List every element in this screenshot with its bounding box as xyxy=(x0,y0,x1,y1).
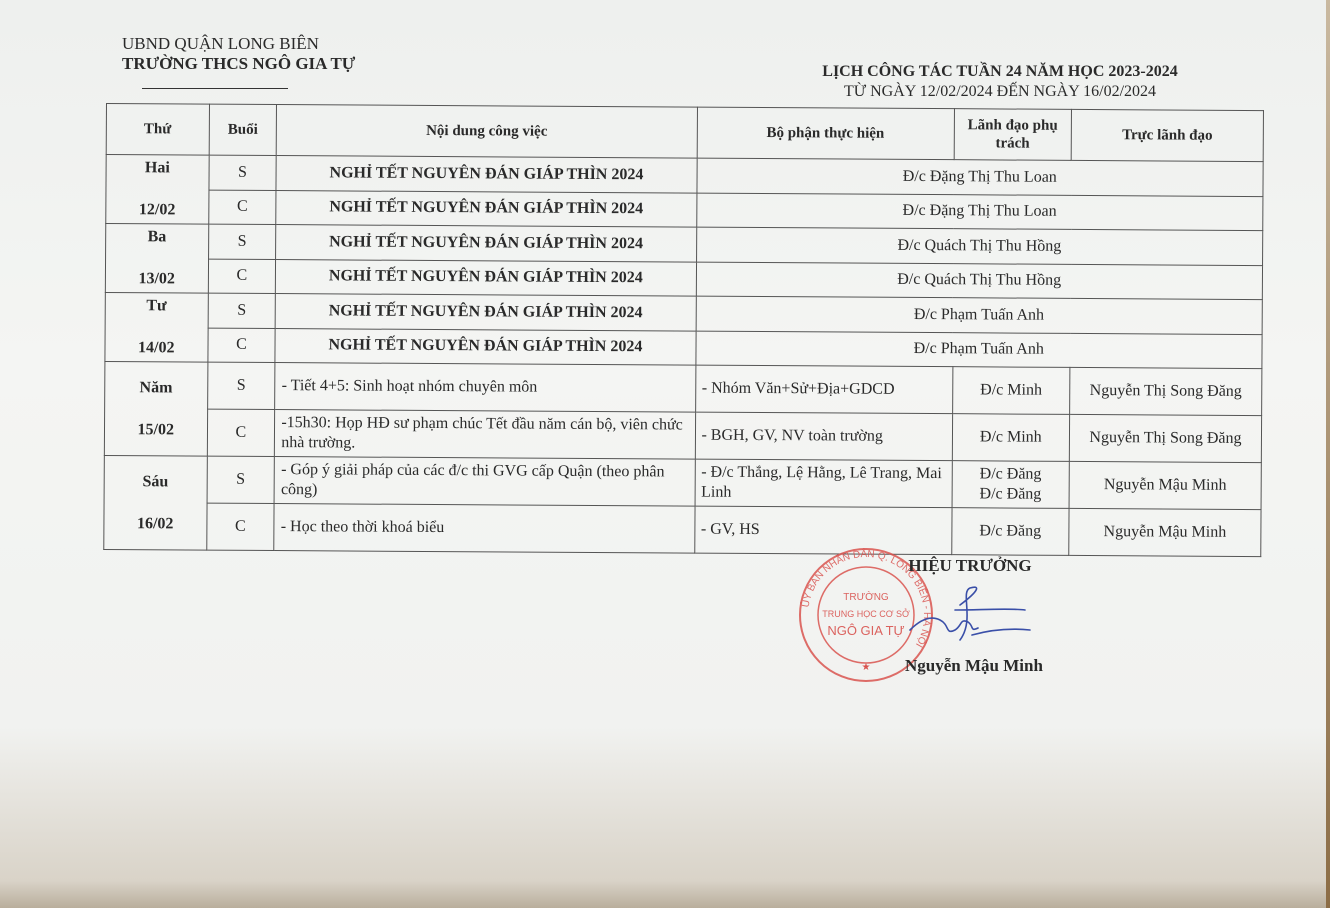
task-cell: - Góp ý giải pháp của các đ/c thi GVG cấ… xyxy=(274,457,694,507)
task-cell: NGHỈ TẾT NGUYÊN ĐÁN GIÁP THÌN 2024 xyxy=(275,328,695,365)
leader-cell: Đ/c Minh xyxy=(952,414,1070,462)
svg-text:★: ★ xyxy=(862,662,871,673)
leader-cell: Đ/c Minh xyxy=(952,367,1070,415)
session-cell: S xyxy=(207,456,275,503)
task-cell: NGHỈ TẾT NGUYÊN ĐÁN GIÁP THÌN 2024 xyxy=(275,294,695,331)
date-label: 16/02 xyxy=(137,515,174,532)
task-cell: - Học theo thời khoá biểu xyxy=(274,504,694,554)
date-label: 15/02 xyxy=(138,421,175,438)
table-row: C-15h30: Họp HĐ sư phạm chúc Tết đầu năm… xyxy=(104,408,1261,462)
date-range: TỪ NGÀY 12/02/2024 ĐẾN NGÀY 16/02/2024 xyxy=(800,82,1200,102)
duty-leader-cell: Nguyễn Mậu Minh xyxy=(1069,461,1261,509)
document-title-block: LỊCH CÔNG TÁC TUẦN 24 NĂM HỌC 2023-2024 … xyxy=(800,62,1200,102)
session-cell: C xyxy=(207,409,275,456)
task-cell: NGHỈ TẾT NGUYÊN ĐÁN GIÁP THÌN 2024 xyxy=(276,156,696,193)
session-cell: C xyxy=(208,259,276,294)
svg-text:NGÔ GIA TỰ: NGÔ GIA TỰ xyxy=(827,623,904,638)
session-cell: C xyxy=(208,190,276,225)
task-cell: -15h30: Họp HĐ sư phạm chúc Tết đầu năm … xyxy=(275,410,695,460)
task-cell: NGHỈ TẾT NGUYÊN ĐÁN GIÁP THÌN 2024 xyxy=(276,259,696,296)
date-label: 14/02 xyxy=(138,339,175,356)
signatory-name: Nguyễn Mậu Minh xyxy=(905,656,1043,676)
duty-officer-cell: Đ/c Phạm Tuấn Anh xyxy=(696,296,1263,334)
table-row: Năm15/02S- Tiết 4+5: Sinh hoạt nhóm chuy… xyxy=(105,361,1262,415)
task-cell: NGHỈ TẾT NGUYÊN ĐÁN GIÁP THÌN 2024 xyxy=(276,190,696,227)
schedule-body: Hai12/02SNGHỈ TẾT NGUYÊN ĐÁN GIÁP THÌN 2… xyxy=(104,155,1263,557)
date-label: 12/02 xyxy=(139,201,176,218)
signatory-title: HIỆU TRƯỞNG xyxy=(880,556,1060,576)
duty-officer-cell: Đ/c Quách Thị Thu Hồng xyxy=(696,262,1263,300)
issuer-header: UBND QUẬN LONG BIÊN TRƯỜNG THCS NGÔ GIA … xyxy=(122,34,355,89)
department-cell: - Đ/c Thắng, Lệ Hằng, Lê Trang, Mai Linh xyxy=(695,459,952,508)
duty-officer-cell: Đ/c Quách Thị Thu Hồng xyxy=(696,227,1263,265)
table-row: Sáu16/02S- Góp ý giải pháp của các đ/c t… xyxy=(104,455,1261,509)
weekday-label: Hai xyxy=(112,158,202,201)
col-header-department: Bộ phận thực hiện xyxy=(697,107,954,160)
session-cell: C xyxy=(206,503,274,550)
svg-text:TRƯỜNG: TRƯỜNG xyxy=(843,590,889,603)
weekday-label: Sáu xyxy=(110,472,200,515)
session-cell: S xyxy=(209,155,277,190)
task-cell: - Tiết 4+5: Sinh hoạt nhóm chuyên môn xyxy=(275,363,695,413)
duty-leader-cell: Nguyễn Thị Song Đăng xyxy=(1069,414,1261,462)
leader-cell: Đ/c Đăng xyxy=(951,508,1069,556)
weekday-label: Năm xyxy=(111,378,201,421)
school-name: TRƯỜNG THCS NGÔ GIA TỰ xyxy=(122,54,355,74)
col-header-duty-leader: Trực lãnh đạo xyxy=(1071,109,1263,161)
task-cell: NGHỈ TẾT NGUYÊN ĐÁN GIÁP THÌN 2024 xyxy=(276,225,696,262)
day-cell: Tư14/02 xyxy=(105,292,208,362)
header-divider xyxy=(142,88,288,89)
day-cell: Sáu16/02 xyxy=(104,455,207,550)
day-cell: Hai12/02 xyxy=(106,155,209,225)
table-row: C- Học theo thời khoá biểu- GV, HSĐ/c Đă… xyxy=(104,502,1261,556)
weekday-label: Tư xyxy=(112,296,202,339)
department-cell: - BGH, GV, NV toàn trường xyxy=(695,412,952,461)
leader-name: Đ/c Đăng xyxy=(958,464,1063,485)
duty-officer-cell: Đ/c Đặng Thị Thu Loan xyxy=(696,158,1263,196)
col-header-leader: Lãnh đạo phụ trách xyxy=(954,109,1072,161)
session-cell: S xyxy=(207,362,275,409)
session-cell: S xyxy=(208,224,276,259)
day-cell: Ba13/02 xyxy=(105,224,208,294)
issuing-authority: UBND QUẬN LONG BIÊN xyxy=(122,34,355,54)
duty-officer-cell: Đ/c Đặng Thị Thu Loan xyxy=(696,193,1263,231)
schedule-table: Thứ Buổi Nội dung công việc Bộ phận thực… xyxy=(103,103,1264,557)
department-cell: - Nhóm Văn+Sử+Địa+GDCD xyxy=(695,365,952,414)
paper-edge xyxy=(1326,0,1330,908)
svg-text:TRUNG HỌC CƠ SỞ: TRUNG HỌC CƠ SỞ xyxy=(822,608,910,619)
handwritten-signature xyxy=(900,580,1040,650)
leader-name: Đ/c Đăng xyxy=(958,484,1063,505)
table-header-row: Thứ Buổi Nội dung công việc Bộ phận thực… xyxy=(106,104,1263,162)
duty-officer-cell: Đ/c Phạm Tuấn Anh xyxy=(695,331,1262,369)
col-header-task: Nội dung công việc xyxy=(277,105,697,159)
document-title: LỊCH CÔNG TÁC TUẦN 24 NĂM HỌC 2023-2024 xyxy=(800,62,1200,82)
leader-cell: Đ/c ĐăngĐ/c Đăng xyxy=(952,461,1070,509)
date-label: 13/02 xyxy=(138,270,175,287)
signature-block: HIỆU TRƯỞNG Nguyễn Mậu Minh xyxy=(880,556,1060,576)
weekday-label: Ba xyxy=(112,227,202,270)
duty-leader-cell: Nguyễn Thị Song Đăng xyxy=(1070,367,1262,415)
col-header-session: Buổi xyxy=(209,104,277,155)
session-cell: C xyxy=(207,328,275,363)
day-cell: Năm15/02 xyxy=(104,361,207,456)
session-cell: S xyxy=(208,293,276,328)
col-header-day: Thứ xyxy=(106,104,209,156)
duty-leader-cell: Nguyễn Mậu Minh xyxy=(1069,508,1261,556)
